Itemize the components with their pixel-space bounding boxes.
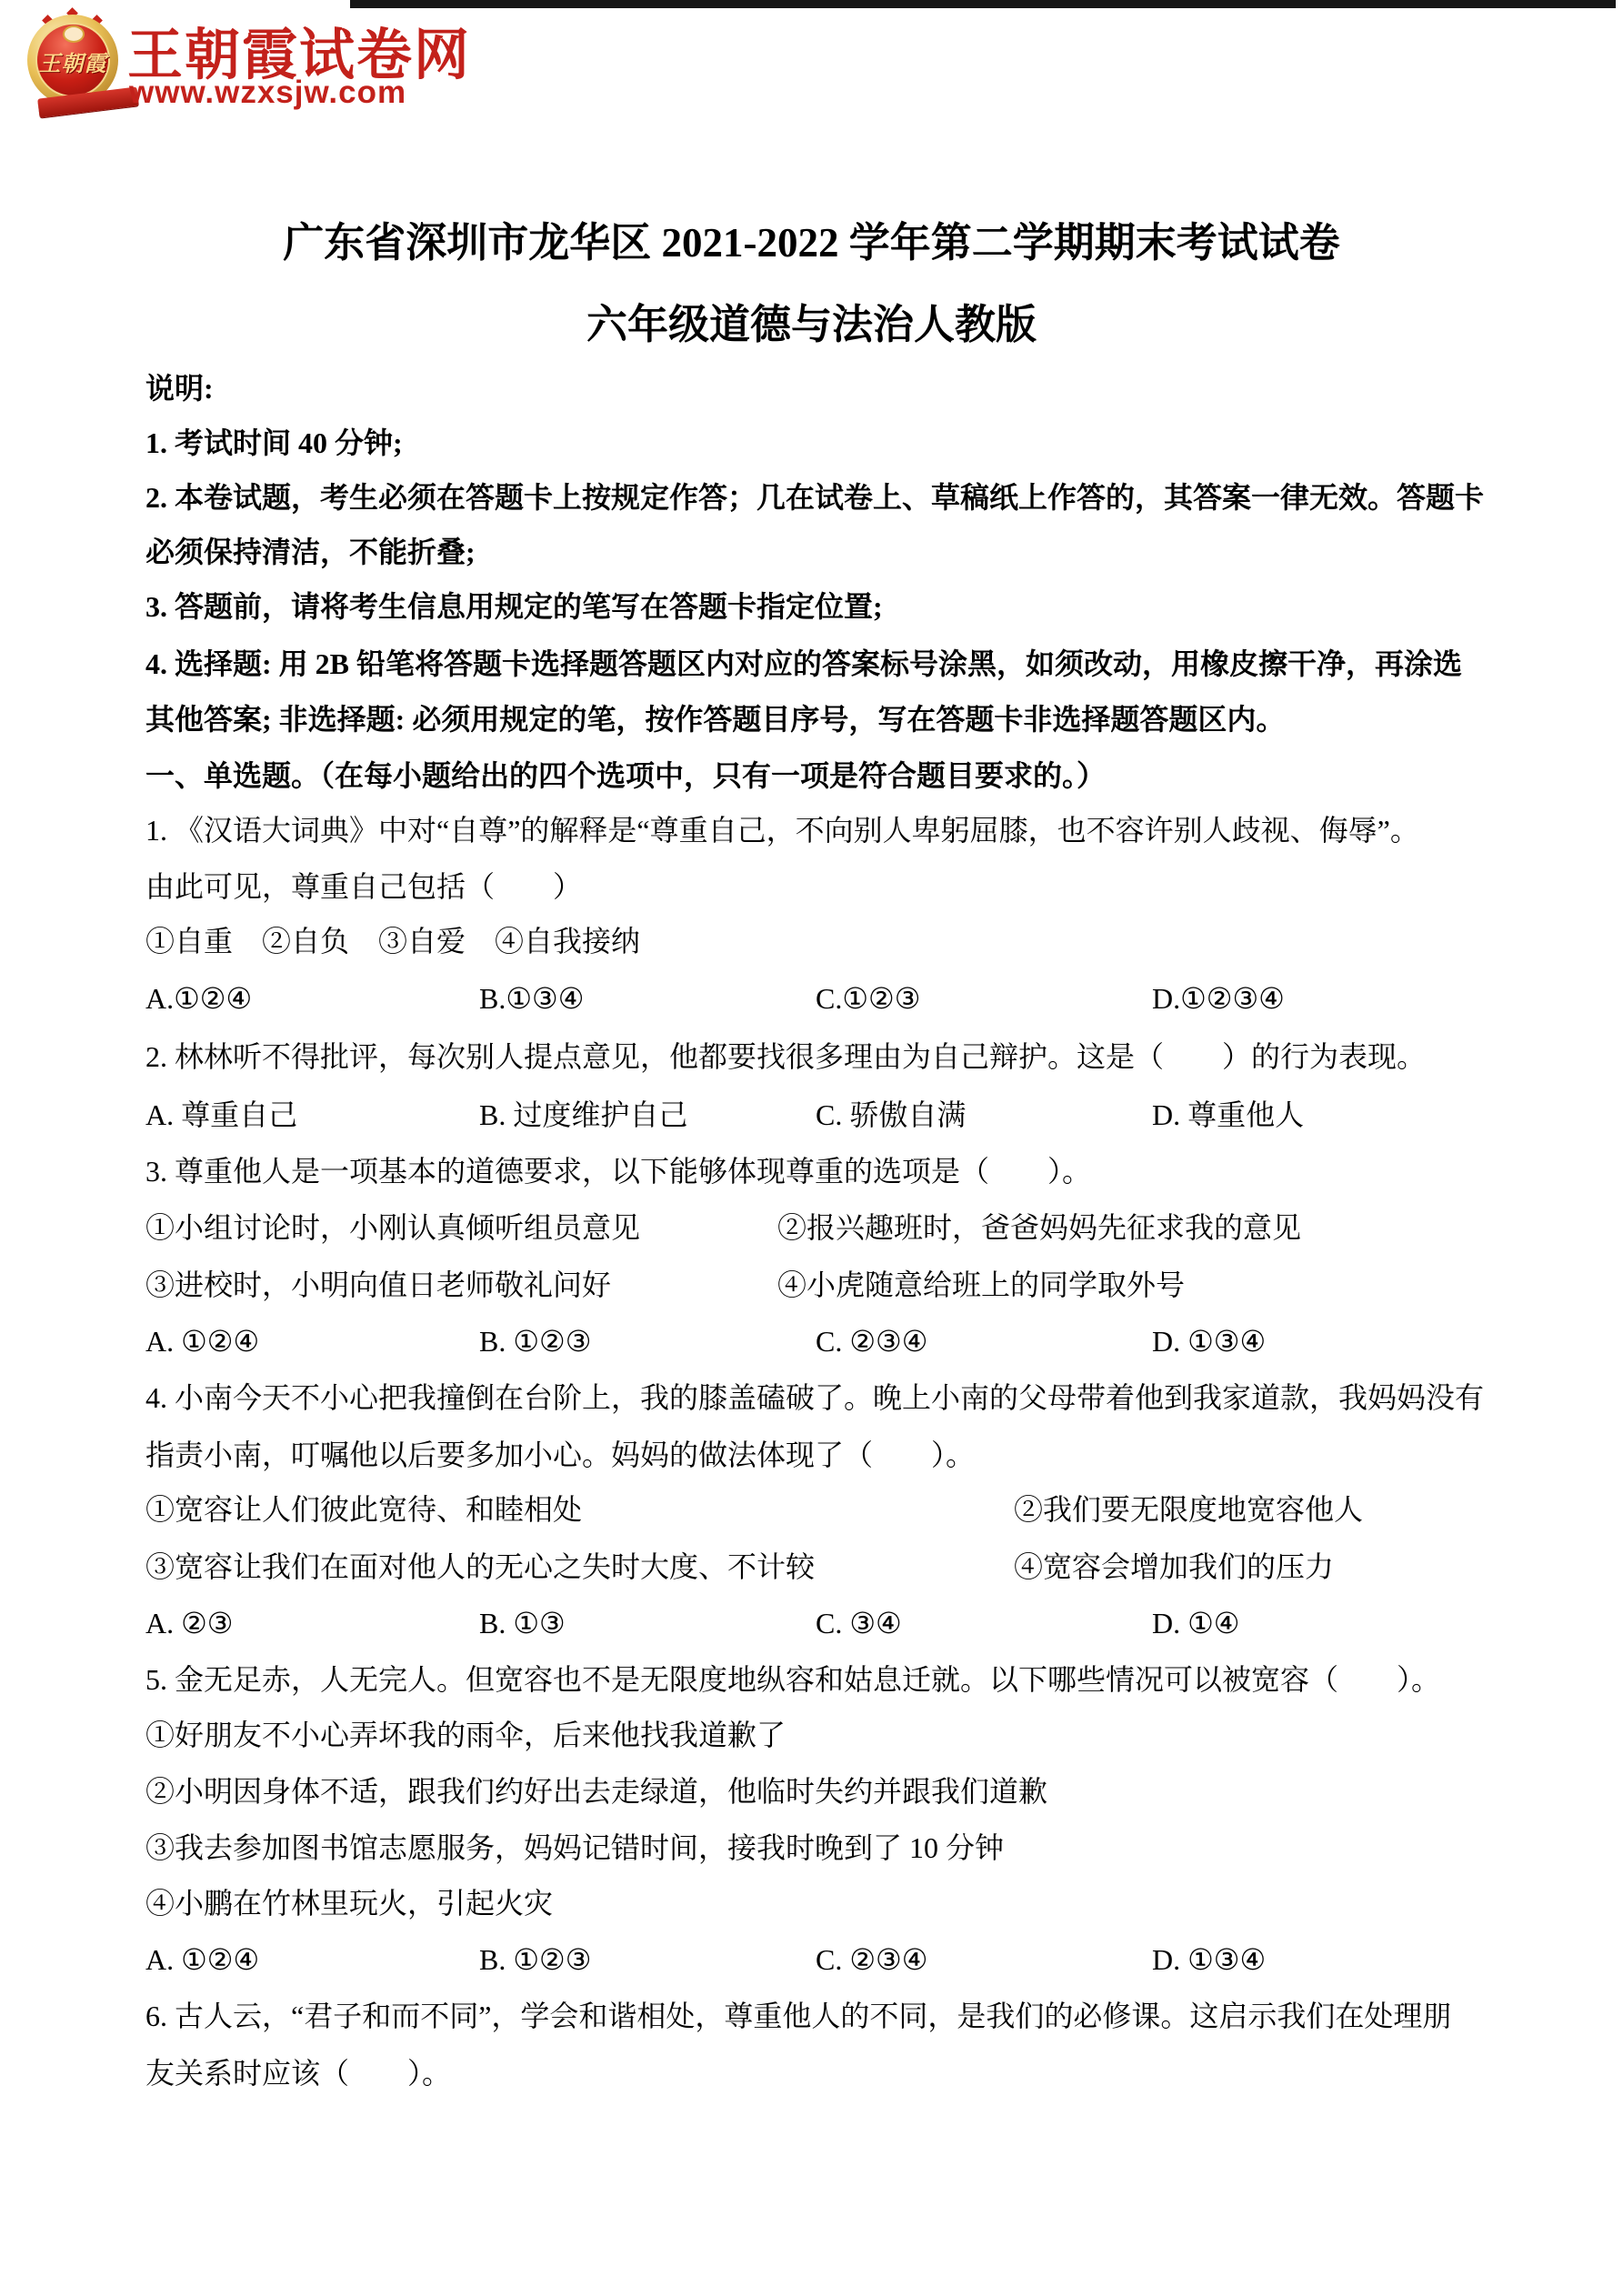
- question-3-items-row2: ③进校时，小明向值日老师敬礼问好 ④小虎随意给班上的同学取外号: [145, 1267, 1509, 1308]
- q2-option-c: C. 骄傲自满: [816, 1097, 966, 1133]
- top-border-line: [350, 0, 1616, 8]
- instruction-4-line1: 4. 选择题: 用 2B 铅笔将答题卡选择题答题区内对应的答案标号涂黑，如须改动…: [145, 646, 1509, 687]
- q3-item-3: ③进校时，小明向值日老师敬礼问好: [145, 1267, 611, 1303]
- question-3-items-row1: ①小组讨论时，小刚认真倾听组员意见 ②报兴趣班时，爸爸妈妈先征求我的意见: [145, 1209, 1509, 1251]
- question-5-line1: 5. 金无足赤，人无完人。但宽容也不是无限度地纵容和姑息迁就。以下哪些情况可以被…: [145, 1661, 1509, 1703]
- q5-item-4: ④小鹏在竹林里玩火，引起火灾: [145, 1885, 1509, 1927]
- question-1-line2: 由此可见，尊重自己包括（ ）: [145, 868, 1509, 910]
- q2-option-d: D. 尊重他人: [1152, 1097, 1304, 1133]
- badge-script-text: 王朝霞: [27, 45, 118, 77]
- question-4-items-row1: ①宽容让人们彼此宽待、和睦相处 ②我们要无限度地宽容他人: [145, 1491, 1509, 1533]
- question-4-options: A. ②③ B. ①③ C. ③④ D. ①④: [145, 1605, 1509, 1647]
- q5-option-b: B. ①②③: [479, 1941, 591, 1978]
- instruction-4-line2: 其他答案; 非选择题: 必须用规定的笔，按作答题目序号，写在答题卡非选择题答题区…: [145, 701, 1509, 743]
- question-3-options: A. ①②④ B. ①②③ C. ②③④ D. ①③④: [145, 1323, 1509, 1365]
- q3-option-c: C. ②③④: [816, 1323, 927, 1359]
- q5-option-d: D. ①③④: [1152, 1941, 1266, 1978]
- question-3-line1: 3. 尊重他人是一项基本的道德要求，以下能够体现尊重的选项是（ ）。: [145, 1153, 1509, 1195]
- q3-option-d: D. ①③④: [1152, 1323, 1266, 1359]
- instruction-3: 3. 答题前，请将考生信息用规定的笔写在答题卡指定位置;: [145, 588, 1509, 630]
- q5-item-1: ①好朋友不小心弄坏我的雨伞，后来他找我道歉了: [145, 1717, 1509, 1759]
- site-badge-icon: 王朝霞: [27, 9, 122, 109]
- q4-item-2: ②我们要无限度地宽容他人: [1014, 1491, 1363, 1528]
- q1-option-b: B.①③④: [479, 980, 584, 1017]
- q3-option-a: A. ①②④: [145, 1323, 259, 1359]
- badge-portrait-icon: [63, 25, 85, 43]
- instruction-2-line1: 2. 本卷试题，考生必须在答题卡上按规定作答；几在试卷上、草稿纸上作答的，其答案…: [145, 479, 1509, 521]
- q4-item-3: ③宽容让我们在面对他人的无心之失时大度、不计较: [145, 1549, 815, 1585]
- question-2-options: A. 尊重自己 B. 过度维护自己 C. 骄傲自满 D. 尊重他人: [145, 1097, 1509, 1138]
- instruction-1: 1. 考试时间 40 分钟;: [145, 425, 1509, 466]
- q5-item-3: ③我去参加图书馆志愿服务，妈妈记错时间，接我时晚到了 10 分钟: [145, 1830, 1509, 1871]
- section-1-header: 一、单选题。（在每小题给出的四个选项中，只有一项是符合题目要求的。）: [145, 757, 1509, 799]
- q4-option-b: B. ①③: [479, 1605, 566, 1641]
- question-1-options: A.①②④ B.①③④ C.①②③ D.①②③④: [145, 980, 1509, 1022]
- question-6-line2: 友关系时应该（ ）。: [145, 2055, 1509, 2097]
- exam-title: 广东省深圳市龙华区 2021-2022 学年第二学期期末考试试卷: [0, 209, 1623, 268]
- q5-option-a: A. ①②④: [145, 1941, 259, 1978]
- exam-paper-page: 王朝霞 王朝霞试卷网 www.wzxsjw.com 广东省深圳市龙华区 2021…: [0, 0, 1623, 2296]
- question-5-options: A. ①②④ B. ①②③ C. ②③④ D. ①③④: [145, 1941, 1509, 1983]
- question-4-line1: 4. 小南今天不小心把我撞倒在台阶上，我的膝盖磕破了。晚上小南的父母带着他到我家…: [145, 1379, 1509, 1421]
- q5-item-2: ②小明因身体不适，跟我们约好出去走绿道，他临时失约并跟我们道歉: [145, 1773, 1509, 1815]
- site-logo: 王朝霞 王朝霞试卷网 www.wzxsjw.com: [25, 5, 444, 115]
- question-4-items-row2: ③宽容让我们在面对他人的无心之失时大度、不计较 ④宽容会增加我们的压力: [145, 1549, 1509, 1590]
- site-url: www.wzxsjw.com: [129, 75, 406, 111]
- q1-option-a: A.①②④: [145, 980, 252, 1017]
- question-1-items: ①自重 ②自负 ③自爱 ④自我接纳: [145, 923, 1509, 965]
- q3-item-1: ①小组讨论时，小刚认真倾听组员意见: [145, 1209, 640, 1246]
- q2-option-b: B. 过度维护自己: [479, 1097, 687, 1133]
- q2-option-a: A. 尊重自己: [145, 1097, 297, 1133]
- q4-option-a: A. ②③: [145, 1605, 233, 1641]
- q1-option-d: D.①②③④: [1152, 980, 1285, 1017]
- q4-option-d: D. ①④: [1152, 1605, 1239, 1641]
- q4-option-c: C. ③④: [816, 1605, 902, 1641]
- instructions-heading: 说明:: [145, 370, 1509, 412]
- q3-item-2: ②报兴趣班时，爸爸妈妈先征求我的意见: [777, 1209, 1301, 1246]
- question-6-line1: 6. 古人云，“君子和而不同”，学会和谐相处，尊重他人的不同，是我们的必修课。这…: [145, 1998, 1509, 2040]
- q4-item-4: ④宽容会增加我们的压力: [1014, 1549, 1334, 1585]
- q3-item-4: ④小虎随意给班上的同学取外号: [777, 1267, 1185, 1303]
- q3-option-b: B. ①②③: [479, 1323, 591, 1359]
- question-2-line1: 2. 林林听不得批评，每次别人提点意见，他都要找很多理由为自己辩护。这是（ ）的…: [145, 1038, 1509, 1080]
- question-1-line1: 1. 《汉语大词典》中对“自尊”的解释是“尊重自己，不向别人卑躬屈膝，也不容许别…: [145, 812, 1509, 854]
- instruction-2-line2: 必须保持清洁，不能折叠;: [145, 534, 1509, 576]
- q5-option-c: C. ②③④: [816, 1941, 927, 1978]
- exam-subtitle: 六年级道德与法治人教版: [0, 291, 1623, 350]
- q4-item-1: ①宽容让人们彼此宽待、和睦相处: [145, 1491, 582, 1528]
- q1-option-c: C.①②③: [816, 980, 920, 1017]
- question-4-line2: 指责小南，叮嘱他以后要多加小心。妈妈的做法体现了（ ）。: [145, 1437, 1509, 1479]
